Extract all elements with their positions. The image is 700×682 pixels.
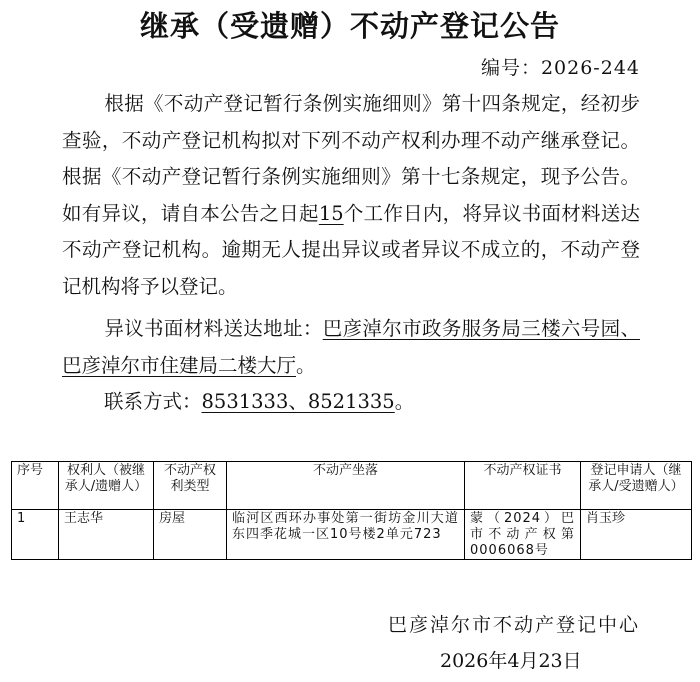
table-row: 1 王志华 房屋 临河区西环办事处第一街坊金川大道东四季花城一区10号楼2单元7… xyxy=(12,510,692,560)
header-location: 不动产坐落 xyxy=(227,462,465,510)
header-certificate: 不动产权证书 xyxy=(465,462,581,510)
cell-index: 1 xyxy=(12,510,59,560)
contact-paragraph: 联系方式：8531333、8521335。 xyxy=(62,384,640,421)
cell-right-type: 房屋 xyxy=(154,510,227,560)
document-number: 编号：2026-244 xyxy=(481,55,640,81)
header-right-holder: 权利人（被继承人/遗赠人） xyxy=(59,462,154,510)
table-header-row: 序号 权利人（被继承人/遗赠人） 不动产权利类型 不动产坐落 不动产权证书 登记… xyxy=(12,462,692,510)
address-label: 异议书面材料送达地址： xyxy=(104,317,323,340)
issue-date: 2026年4月23日 xyxy=(440,648,582,674)
notice-paragraph: 根据《不动产登记暂行条例实施细则》第十四条规定，经初步查验，不动产登记机构拟对下… xyxy=(62,86,640,306)
contact-end: 。 xyxy=(395,390,415,413)
page-title: 继承（受遗赠）不动产登记公告 xyxy=(0,6,700,46)
objection-days: 15 xyxy=(319,202,344,225)
contact-phones: 8531333、8521335 xyxy=(202,390,395,413)
issuing-organization: 巴彦淖尔市不动产登记中心 xyxy=(388,612,640,638)
cell-certificate: 蒙（2024）巴市不动产权第0006068号 xyxy=(465,510,581,560)
header-applicant: 登记申请人（继承人/受遗赠人） xyxy=(581,462,692,510)
address-paragraph: 异议书面材料送达地址：巴彦淖尔市政务服务局三楼六号园、巴彦淖尔市住建局二楼大厅。 xyxy=(62,311,640,384)
cell-location: 临河区西环办事处第一街坊金川大道东四季花城一区10号楼2单元723 xyxy=(227,510,465,560)
contact-label: 联系方式： xyxy=(104,390,202,413)
registration-table: 序号 权利人（被继承人/遗赠人） 不动产权利类型 不动产坐落 不动产权证书 登记… xyxy=(11,461,692,560)
cell-right-holder: 王志华 xyxy=(59,510,154,560)
header-index: 序号 xyxy=(12,462,59,510)
header-right-type: 不动产权利类型 xyxy=(154,462,227,510)
cell-applicant: 肖玉珍 xyxy=(581,510,692,560)
address-end: 。 xyxy=(296,354,316,377)
